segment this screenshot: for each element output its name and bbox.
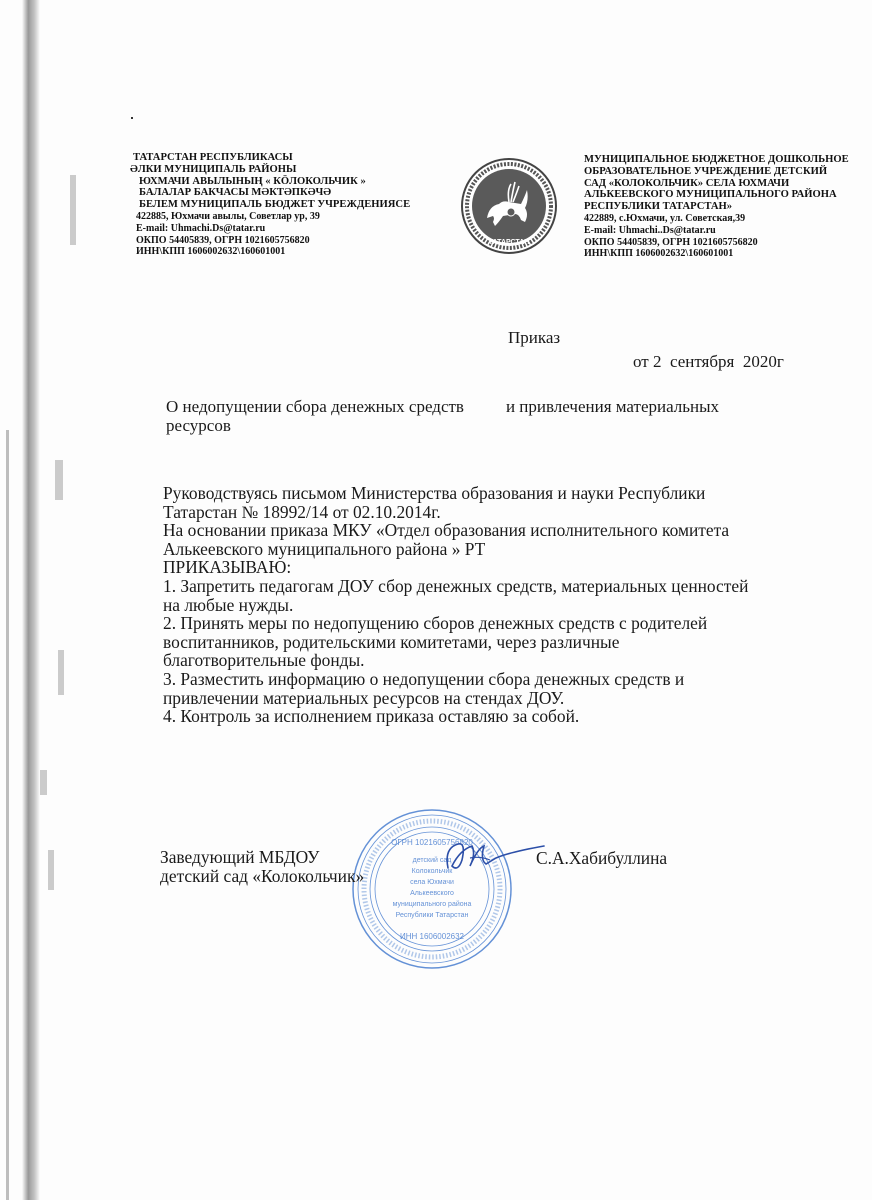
- scan-edge-artifact: [22, 0, 40, 1200]
- stamp-inn: ИНН 1606002632: [400, 932, 465, 941]
- email: E-mail: Uhmachi.Ds@tatar.ru: [133, 223, 453, 235]
- scan-speck: [40, 770, 47, 795]
- scan-dot: [131, 117, 133, 119]
- scan-speck: [70, 175, 76, 245]
- header-right-russian: МУНИЦИПАЛЬНОЕ БЮДЖЕТНОЕ ДОШКОЛЬНОЕ ОБРАЗ…: [584, 154, 872, 260]
- position-line: детский сад «Колокольчик»: [160, 867, 364, 886]
- body-line: на любые нужды.: [163, 596, 843, 615]
- document-subject: О недопущении сбора денежных средстви пр…: [166, 397, 846, 435]
- body-line: На основании приказа МКУ «Отдел образова…: [163, 521, 843, 540]
- inn-kpp: ИНН\КПП 1606002632\160601001: [584, 248, 872, 260]
- body-line: благотворительные фонды.: [163, 651, 843, 670]
- header-right-line: АЛЬКЕЕВСКОГО МУНИЦИПАЛЬНОГО РАЙОНА: [584, 189, 872, 201]
- address: 422885, Юхмачи авылы, Советлар ур, 39: [133, 211, 453, 223]
- handwritten-signature-icon: [440, 838, 550, 878]
- document-body: Руководствуясь письмом Министерства обра…: [163, 484, 843, 726]
- inn-kpp: ИНН\КПП 1606002632\160601001: [133, 246, 453, 258]
- stamp-line: муниципального района: [393, 900, 472, 908]
- subject-part: и привлечения материальных: [506, 397, 719, 416]
- scan-speck: [55, 460, 63, 500]
- body-line: 1. Запретить педагогам ДОУ сбор денежных…: [163, 577, 843, 596]
- body-line: привлечении материальных ресурсов на сте…: [163, 689, 843, 708]
- body-line: Алькеевского муниципального района » РТ: [163, 540, 843, 559]
- emblem-caption: ТАТАРСТАН: [489, 239, 530, 246]
- body-line: 2. Принять меры по недопущению сборов де…: [163, 614, 843, 633]
- body-line: Татарстан № 18992/14 от 02.10.2014г.: [163, 503, 843, 522]
- header-right-line: РЕСПУБЛИКИ ТАТАРСТАН»: [584, 201, 872, 213]
- official-stamp-icon: детский сад Колокольчик села Юхмачи Альк…: [350, 807, 515, 972]
- position-line: Заведующий МБДОУ: [160, 848, 364, 867]
- scan-speck: [58, 650, 64, 695]
- email: E-mail: Uhmachi..Ds@tatar.ru: [584, 225, 872, 237]
- header-left-line: ТАТАРСТАН РЕСПУБЛИКАСЫ: [133, 152, 453, 164]
- signatory-name: С.А.Хабибуллина: [536, 848, 667, 869]
- stamp-line: Республики Татарстан: [396, 911, 469, 919]
- header-right-line: МУНИЦИПАЛЬНОЕ БЮДЖЕТНОЕ ДОШКОЛЬНОЕ: [584, 154, 872, 166]
- header-right-line: ОБРАЗОВАТЕЛЬНОЕ УЧРЕЖДЕНИЕ ДЕТСКИЙ: [584, 166, 872, 178]
- order-heading: ПРИКАЗЫВАЮ:: [163, 558, 843, 577]
- header-left-line: БАЛАЛАР БАКЧАСЫ МӘКТӘПКӘЧӘ: [133, 187, 453, 199]
- scan-edge-line: [6, 430, 9, 1200]
- okpo-ogrn: ОКПО 54405839, ОГРН 1021605756820: [584, 237, 872, 249]
- body-line: воспитанников, родительскими комитетами,…: [163, 633, 843, 652]
- address: 422889, с.Юхмачи, ул. Советская,39: [584, 213, 872, 225]
- body-line: 4. Контроль за исполнением приказа остав…: [163, 707, 843, 726]
- header-left-line: ЮХМАЧИ АВЫЛЫНЫҢ « КӦЛОКОЛЬЧИК »: [133, 176, 453, 188]
- header-left-line: БЕЛЕМ МУНИЦИПАЛЬ БЮДЖЕТ УЧРЕЖДЕНИЯСЕ: [133, 199, 453, 211]
- body-line: 3. Разместить информацию о недопущении с…: [163, 670, 843, 689]
- stamp-line: Алькеевского: [410, 890, 454, 897]
- tatarstan-emblem-icon: ТАТАРСТАН: [459, 156, 559, 256]
- document-title: Приказ: [508, 328, 560, 348]
- scan-speck: [48, 850, 54, 890]
- header-left-line: ӘЛКИ МУНИЦИПАЛЬ РАЙОНЫ: [130, 164, 453, 176]
- signature-position: Заведующий МБДОУ детский сад «Колокольчи…: [160, 848, 364, 886]
- subject-part: О недопущении сбора денежных средств: [166, 397, 464, 416]
- subject-part: ресурсов: [166, 416, 231, 435]
- header-right-line: САД «КОЛОКОЛЬЧИК» СЕЛА ЮХМАЧИ: [584, 178, 872, 190]
- stamp-line: села Юхмачи: [410, 879, 454, 886]
- header-left-tatar: ТАТАРСТАН РЕСПУБЛИКАСЫ ӘЛКИ МУНИЦИПАЛЬ Р…: [133, 152, 453, 258]
- document-date: от 2 сентября 2020г: [633, 352, 784, 372]
- okpo-ogrn: ОКПО 54405839, ОГРН 1021605756820: [133, 235, 453, 247]
- body-line: Руководствуясь письмом Министерства обра…: [163, 484, 843, 503]
